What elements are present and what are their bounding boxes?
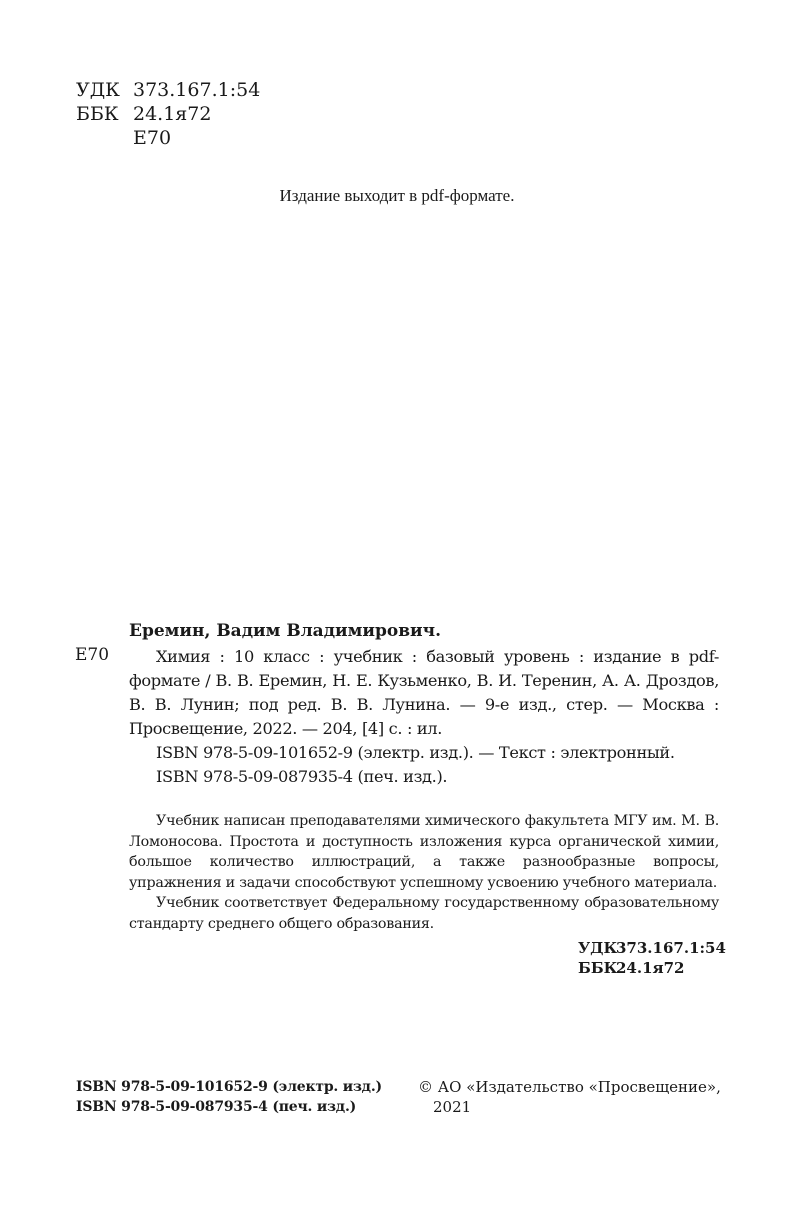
copyright-line: © АО «Издательство «Просвещение», bbox=[418, 1077, 721, 1097]
annotation: Учебник написан преподавателями химическ… bbox=[129, 811, 719, 934]
bibliographic-description: Химия : 10 класс : учебник : базовый уро… bbox=[129, 645, 719, 741]
catalog-card-description: Химия : 10 класс : учебник : базовый уро… bbox=[129, 645, 719, 789]
annotation-paragraph: Учебник написан преподавателями химическ… bbox=[129, 811, 719, 893]
footer-isbn-print: ISBN 978-5-09-087935-4 (печ. изд.) bbox=[76, 1097, 382, 1117]
pdf-edition-note: Издание выходит в pdf-формате. bbox=[0, 186, 794, 206]
isbn-electronic-entry: ISBN 978-5-09-101652-9 (электр. изд.). —… bbox=[129, 741, 719, 765]
udk-label: УДК bbox=[578, 938, 616, 958]
bbk-value: 24.1я72 bbox=[133, 102, 211, 126]
annotation-paragraph: Учебник соответствует Федеральному госуд… bbox=[129, 893, 719, 934]
copyright-year: 2021 bbox=[418, 1097, 721, 1117]
copyright-notice: © АО «Издательство «Просвещение», 2021 bbox=[418, 1077, 721, 1117]
isbn-print-entry: ISBN 978-5-09-087935-4 (печ. изд.). bbox=[129, 765, 719, 789]
udk-value: 373.167.1:54 bbox=[133, 78, 260, 102]
udk-label: УДК bbox=[76, 78, 133, 102]
footer-isbn-block: ISBN 978-5-09-101652-9 (электр. изд.) IS… bbox=[76, 1077, 382, 1117]
bbk-label: ББК bbox=[76, 102, 133, 126]
udk-value: 373.167.1:54 bbox=[616, 938, 726, 958]
bbk-value: 24.1я72 bbox=[616, 958, 685, 978]
footer-isbn-electronic: ISBN 978-5-09-101652-9 (электр. изд.) bbox=[76, 1077, 382, 1097]
bbk-label: ББК bbox=[578, 958, 616, 978]
catalog-author: Еремин, Вадим Владимирович. bbox=[129, 621, 441, 641]
classification-codes-top: УДК 373.167.1:54 ББК 24.1я72 Е70 bbox=[76, 78, 260, 150]
classification-codes-bottom: УДК 373.167.1:54 ББК 24.1я72 bbox=[578, 938, 726, 978]
author-sign: Е70 bbox=[76, 126, 260, 150]
catalog-side-code: Е70 bbox=[75, 645, 109, 665]
